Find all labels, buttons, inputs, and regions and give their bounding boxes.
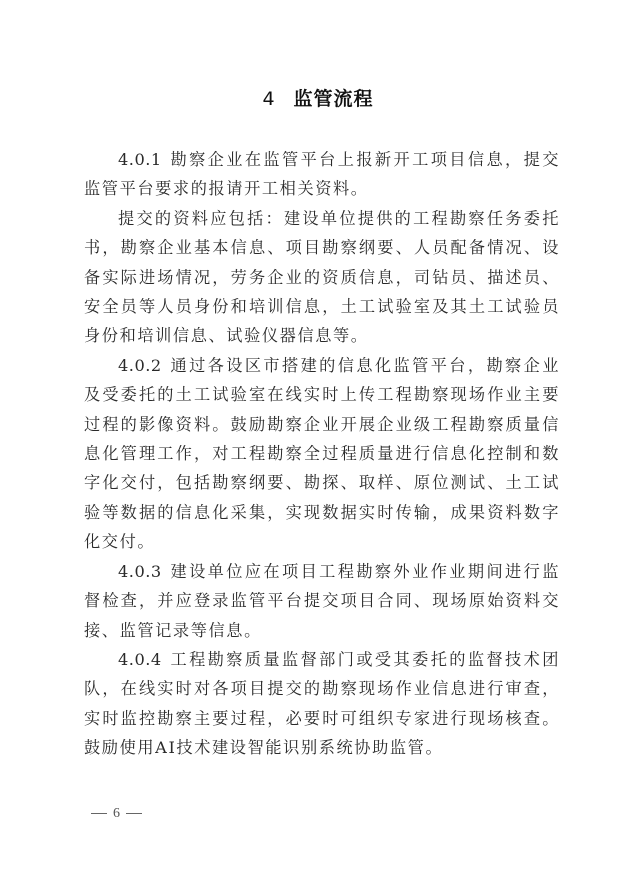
- section-title: 监管流程: [294, 88, 374, 110]
- paragraph-4-0-4: 4.0.4工程勘察质量监督部门或受其委托的监督技术团队，在线实时对各项目提交的勘…: [84, 645, 560, 763]
- section-heading: 4监管流程: [0, 84, 636, 111]
- paragraph-4-0-3: 4.0.3建设单位应在项目工程勘察外业作业期间进行监督检查，并应登录监管平台提交…: [84, 557, 560, 645]
- paragraph-text: 提交的资料应包括：建设单位提供的工程勘察任务委托书，勘察企业基本信息、项目勘察纲…: [84, 209, 560, 346]
- section-number: 4: [262, 88, 275, 110]
- paragraph-4-0-2: 4.0.2通过各设区市搭建的信息化监管平台，勘察企业及受委托的土工试验室在线实时…: [84, 351, 560, 557]
- paragraph-text: 通过各设区市搭建的信息化监管平台，勘察企业及受委托的土工试验室在线实时上传工程勘…: [84, 356, 560, 551]
- paragraph-materials: 提交的资料应包括：建设单位提供的工程勘察任务委托书，勘察企业基本信息、项目勘察纲…: [84, 204, 560, 351]
- page-number: 6: [113, 806, 120, 821]
- clause-number: 4.0.2: [118, 356, 162, 375]
- dash-left: [91, 813, 107, 814]
- document-body: 4.0.1勘察企业在监管平台上报新开工项目信息，提交监管平台要求的报请开工相关资…: [84, 145, 560, 763]
- clause-number: 4.0.4: [118, 650, 162, 669]
- page-footer: 6: [91, 806, 142, 822]
- clause-number: 4.0.1: [118, 150, 162, 169]
- paragraph-4-0-1: 4.0.1勘察企业在监管平台上报新开工项目信息，提交监管平台要求的报请开工相关资…: [84, 145, 560, 204]
- clause-number: 4.0.3: [118, 562, 162, 581]
- dash-right: [126, 813, 142, 814]
